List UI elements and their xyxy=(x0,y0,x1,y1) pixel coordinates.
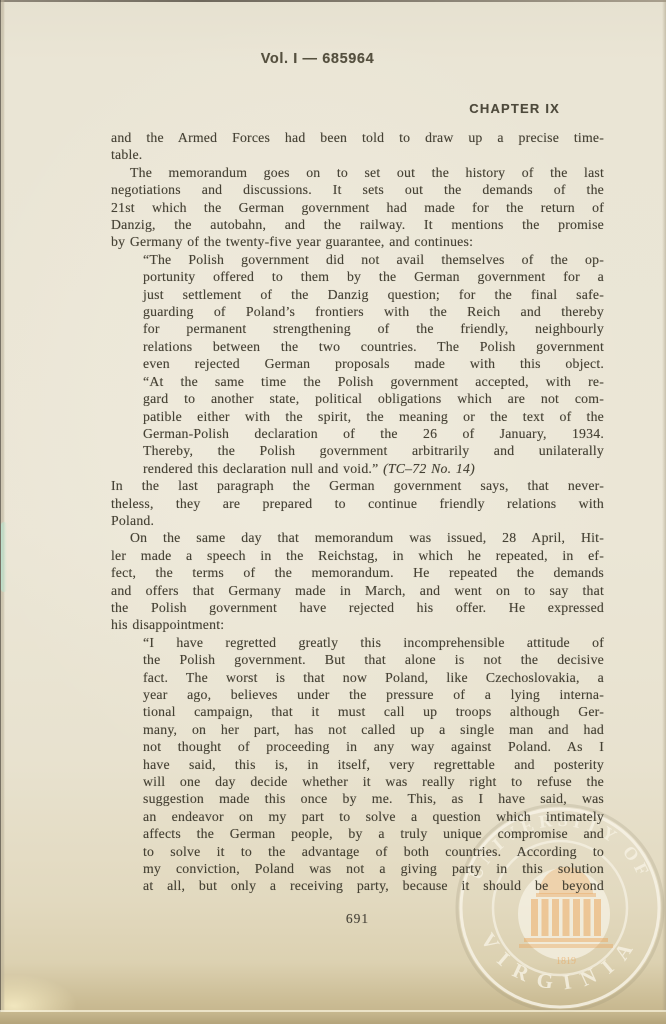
text-line: ler made a speech in the Reichstag, in w… xyxy=(111,547,604,564)
scan-edge-right xyxy=(662,0,666,1024)
text-line: In the last paragraph the German governm… xyxy=(111,477,604,494)
text-line: his disappointment: xyxy=(111,616,604,633)
chapter-header: CHAPTER IX xyxy=(111,101,604,116)
text-line: On the same day that memorandum was issu… xyxy=(111,529,604,546)
paragraph-memorandum: The memorandum goes on to set out the hi… xyxy=(111,164,604,251)
text-line: 21st which the German government had mad… xyxy=(111,199,604,216)
scan-edge-mint-mark xyxy=(1,522,7,592)
paragraph-continuation: and the Armed Forces had been told to dr… xyxy=(111,129,604,164)
text-line: even rejected German proposals made with… xyxy=(143,355,604,372)
text-line: and the Armed Forces had been told to dr… xyxy=(111,129,604,146)
text-line: The memorandum goes on to set out the hi… xyxy=(111,164,604,181)
scanned-book-page: UNIVERSITY OF VIRGINIA 1819 Vol. I — 685… xyxy=(0,0,666,1024)
paragraph-speech-intro: On the same day that memorandum was issu… xyxy=(111,529,604,633)
text-line: have said, this is, in itself, very regr… xyxy=(143,756,604,773)
text-line: German-Polish declaration of the 26 of J… xyxy=(143,425,604,442)
text-line: theless, they are prepared to continue f… xyxy=(111,495,604,512)
text-line: to solve it to the advantage of both cou… xyxy=(143,843,604,860)
text-line: and offers that Germany made in March, a… xyxy=(111,582,604,599)
text-line: will one day decide whether it was reall… xyxy=(143,773,604,790)
text-line: Poland. xyxy=(111,512,604,529)
text-line: portunity offered to them by the German … xyxy=(143,268,604,285)
text-line: not thought of proceeding in any way aga… xyxy=(143,738,604,755)
text-line: gard to another state, political obligat… xyxy=(143,390,604,407)
text-line: “I have regretted greatly this incompreh… xyxy=(143,634,604,651)
volume-header: Vol. I — 685964 xyxy=(111,51,604,67)
text-line: table. xyxy=(111,146,604,163)
text-line: an endeavor on my part to solve a questi… xyxy=(143,808,604,825)
page-number: 691 xyxy=(111,911,604,927)
text-line: the Polish government have rejected his … xyxy=(111,599,604,616)
paragraph-last-paragraph: In the last paragraph the German governm… xyxy=(111,477,604,529)
text-line: for permanent strengthening of the frien… xyxy=(143,320,604,337)
scan-edge-bottom xyxy=(0,1012,666,1024)
text-line: affects the German people, by a truly un… xyxy=(143,825,604,842)
scan-edge-left xyxy=(0,0,5,1024)
text-line: relations between the two countries. The… xyxy=(143,338,604,355)
text-line: guarding of Poland’s frontiers with the … xyxy=(143,303,604,320)
text-line: suggestion made this once by me. This, a… xyxy=(143,790,604,807)
text-line: Thereby, the Polish government arbitrari… xyxy=(143,442,604,459)
text-line: tional campaign, that it must call up tr… xyxy=(143,703,604,720)
text-line: my conviction, Poland was not a giving p… xyxy=(143,860,604,877)
text-line: many, on her part, has not called up a s… xyxy=(143,721,604,738)
blockquote-memorandum: “The Polish government did not avail the… xyxy=(143,251,604,477)
text-line: Danzig, the autobahn, and the railway. I… xyxy=(111,216,604,233)
text-line: “At the same time the Polish government … xyxy=(143,373,604,390)
text-column: Vol. I — 685964 CHAPTER IX and the Armed… xyxy=(111,0,604,1024)
text-line: at all, but only a receiving party, beca… xyxy=(143,877,604,894)
blockquote-hitler-speech: “I have regretted greatly this incompreh… xyxy=(143,634,604,895)
text-line: rendered this declaration null and void.… xyxy=(143,460,604,477)
text-line: fact. The worst is that now Poland, like… xyxy=(143,669,604,686)
scan-edge-top xyxy=(0,0,666,2)
text-line: just settlement of the Danzig question; … xyxy=(143,286,604,303)
text-line: patible either with the spirit, the mean… xyxy=(143,408,604,425)
text-line: negotiations and discussions. It sets ou… xyxy=(111,181,604,198)
text-line: year ago, believes under the pressure of… xyxy=(143,686,604,703)
text-line: “The Polish government did not avail the… xyxy=(143,251,604,268)
text-line: fect, the terms of the memorandum. He re… xyxy=(111,564,604,581)
text-line: by Germany of the twenty-five year guara… xyxy=(111,233,604,250)
text-line: the Polish government. But that alone is… xyxy=(143,651,604,668)
page-body: and the Armed Forces had been told to dr… xyxy=(111,129,604,895)
